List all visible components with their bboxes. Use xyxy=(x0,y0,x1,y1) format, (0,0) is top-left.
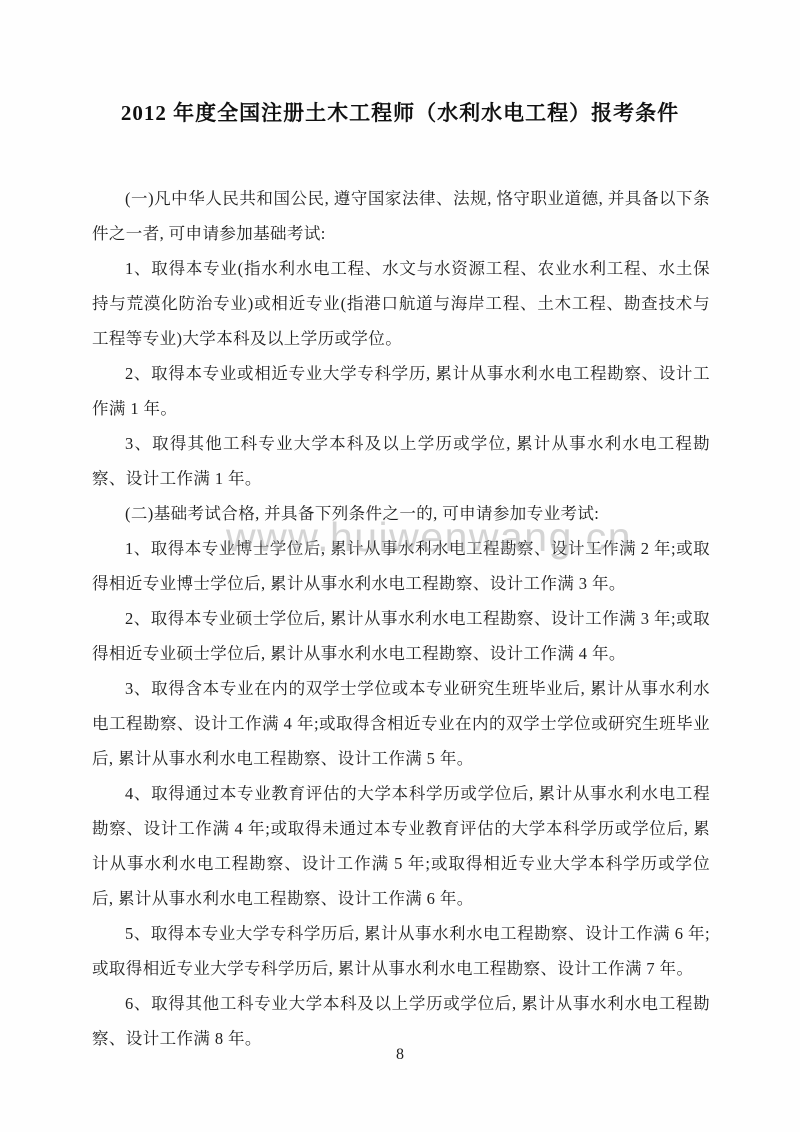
doc-paragraph-pro-intro: (二)基础考试合格, 并具备下列条件之一的, 可申请参加专业考试: xyxy=(92,496,710,531)
doc-paragraph-pro-item-4: 4、取得通过本专业教育评估的大学本科学历或学位后, 累计从事水利水电工程勘察、设… xyxy=(92,776,710,916)
doc-paragraph-pro-item-1: 1、取得本专业博士学位后, 累计从事水利水电工程勘察、设计工作满 2 年;或取得… xyxy=(92,531,710,601)
doc-paragraph-basic-item-3: 3、取得其他工科专业大学本科及以上学历或学位, 累计从事水利水电工程勘察、设计工… xyxy=(92,426,710,496)
doc-paragraph-basic-intro: (一)凡中华人民共和国公民, 遵守国家法律、法规, 恪守职业道德, 并具备以下条… xyxy=(92,181,710,251)
doc-paragraph-pro-item-5: 5、取得本专业大学专科学历后, 累计从事水利水电工程勘察、设计工作满 6 年;或… xyxy=(92,916,710,986)
document-page: 2012 年度全国注册土木工程师（水利水电工程）报考条件 (一)凡中华人民共和国… xyxy=(0,0,800,1132)
doc-paragraph-pro-item-3: 3、取得含本专业在内的双学士学位或本专业研究生班毕业后, 累计从事水利水电工程勘… xyxy=(92,671,710,776)
doc-paragraph-basic-item-2: 2、取得本专业或相近专业大学专科学历, 累计从事水利水电工程勘察、设计工作满 1… xyxy=(92,356,710,426)
page-number: 8 xyxy=(0,1046,800,1064)
doc-paragraph-basic-item-1: 1、取得本专业(指水利水电工程、水文与水资源工程、农业水利工程、水土保持与荒漠化… xyxy=(92,251,710,356)
document-body: (一)凡中华人民共和国公民, 遵守国家法律、法规, 恪守职业道德, 并具备以下条… xyxy=(92,181,710,1056)
document-title: 2012 年度全国注册土木工程师（水利水电工程）报考条件 xyxy=(0,98,800,128)
doc-paragraph-pro-item-2: 2、取得本专业硕士学位后, 累计从事水利水电工程勘察、设计工作满 3 年;或取得… xyxy=(92,601,710,671)
